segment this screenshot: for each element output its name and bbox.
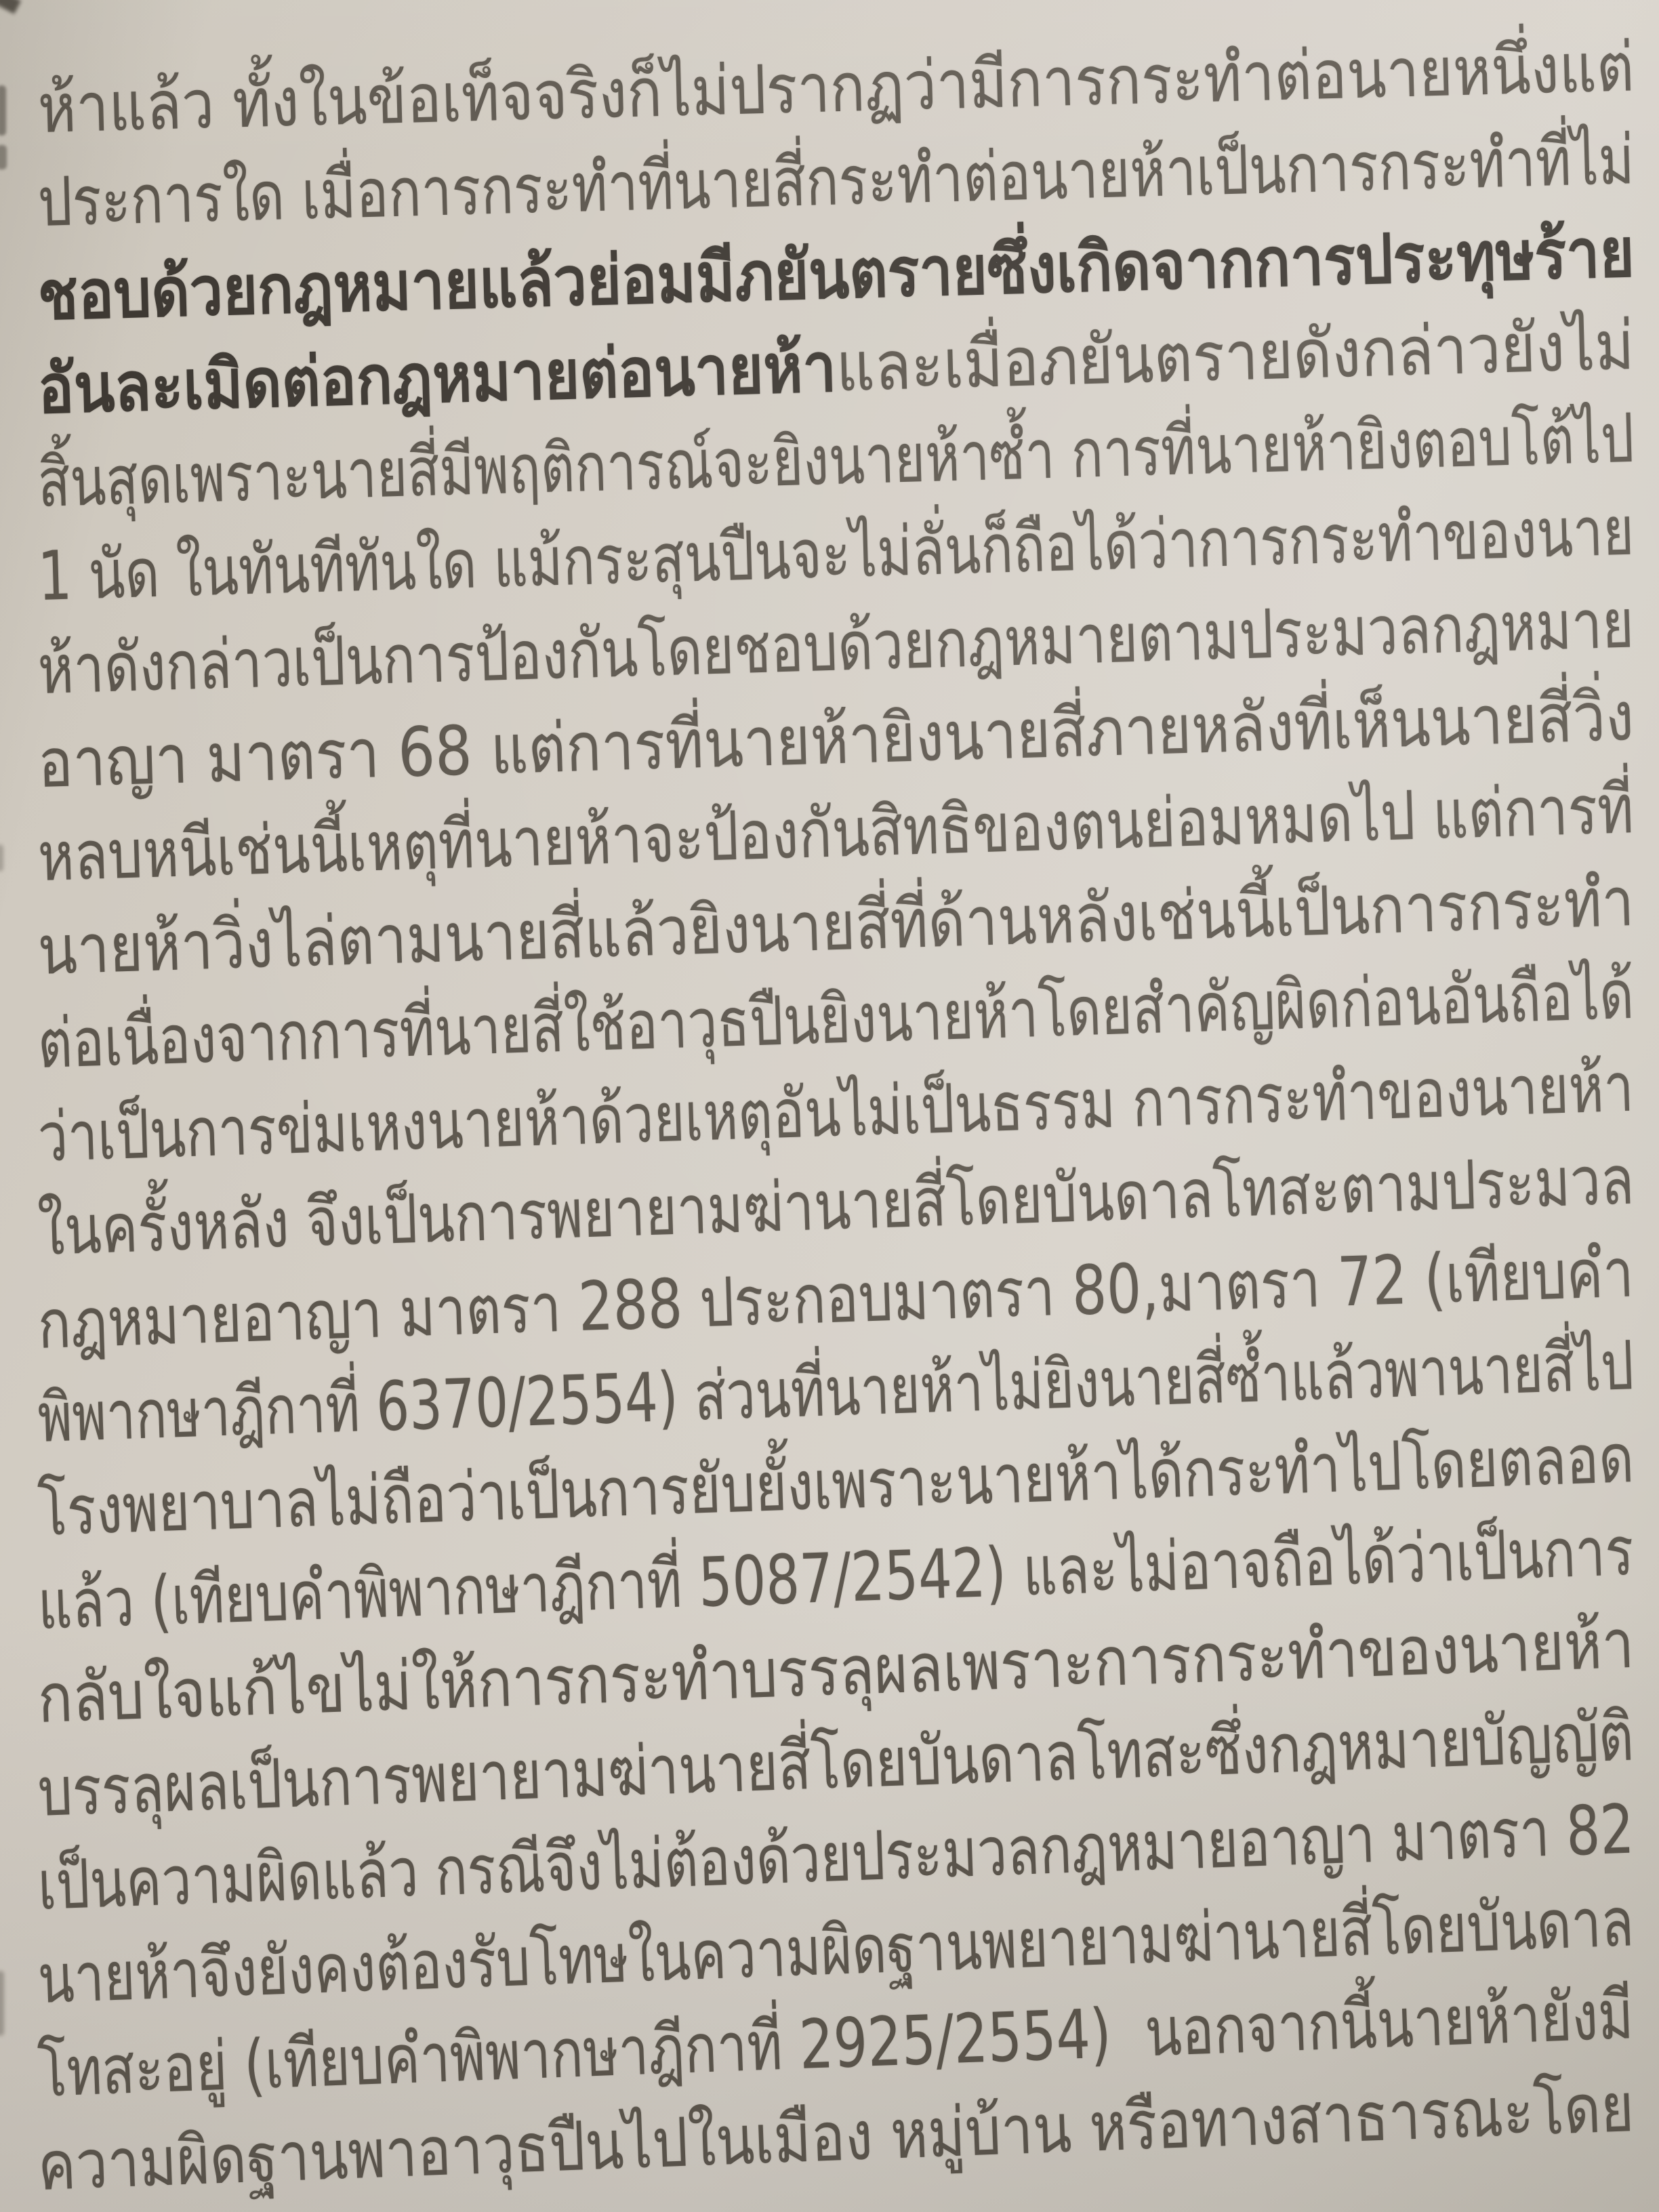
page-edge-artifact <box>0 1971 4 2036</box>
page-edge-artifact <box>0 145 7 169</box>
legal-text-block: ห้าแล้ว ทั้งในข้อเท็จจริงก็ไม่ปรากฏว่ามี… <box>38 62 1635 2212</box>
page-edge-artifact <box>0 844 3 872</box>
page-edge-artifact-top-left <box>0 0 21 14</box>
page-edge-artifact <box>0 85 6 136</box>
book-page-photo: ห้าแล้ว ทั้งในข้อเท็จจริงก็ไม่ปรากฏว่ามี… <box>0 0 1659 2212</box>
